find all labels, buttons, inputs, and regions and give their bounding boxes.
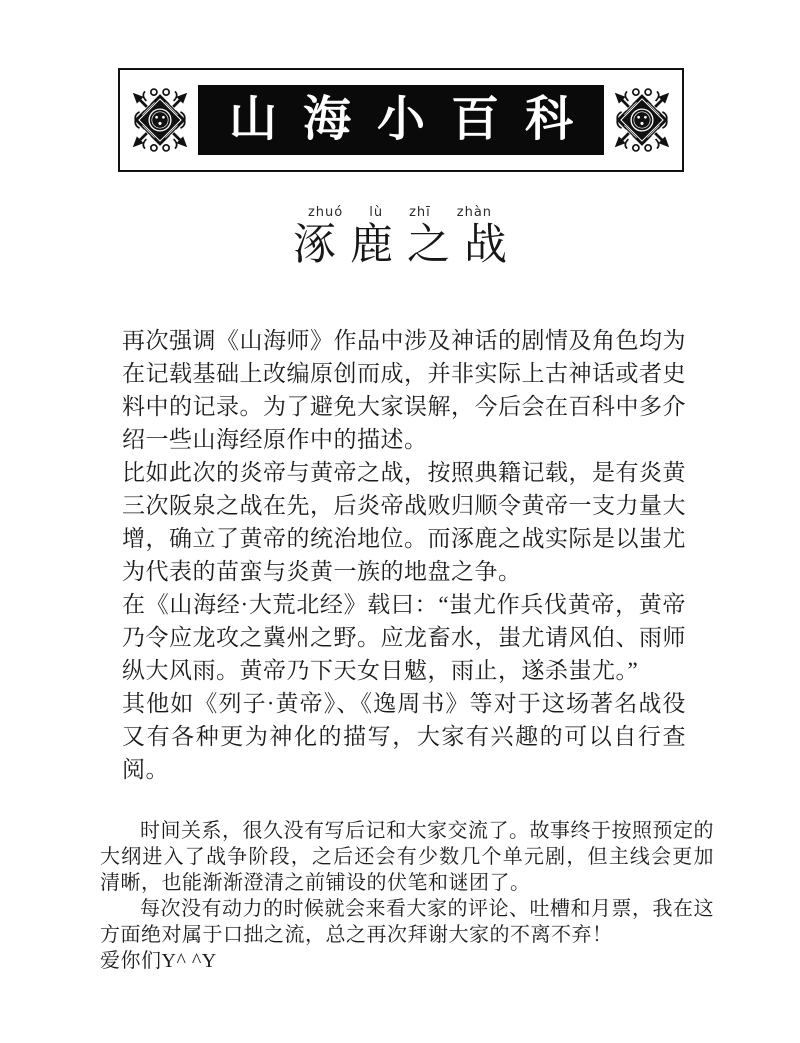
pinyin-syllable: lù [369,205,383,220]
pinyin-syllable: zhuó [308,205,343,220]
floral-diamond-ornament-icon [608,84,676,156]
paragraph: 比如此次的炎帝与黄帝之战，按照典籍记载，是有炎黄三次阪泉之战在先，后炎帝战败归顺… [122,456,686,588]
paragraph: 在《山海经·大荒北经》载曰：“蚩尤作兵伐黄帝，黄帝乃令应龙攻之冀州之野。应龙畜水… [122,588,686,687]
afterword: 时间关系，很久没有写后记和大家交流了。故事终于按照预定的大纲进入了战争阶段，之后… [100,818,714,974]
paragraph: 再次强调《山海师》作品中涉及神话的剧情及角色均为在记载基础上改编原创而成，并非实… [122,324,686,456]
banner: 山海小百科 [118,68,684,172]
article-body: 再次强调《山海师》作品中涉及神话的剧情及角色均为在记载基础上改编原创而成，并非实… [122,324,686,786]
signoff: 爱你们Y^ ^Y [100,948,714,974]
title-section: zhuó lù zhī zhàn 涿鹿之战 [0,205,800,269]
floral-diamond-ornament-icon [126,84,194,156]
banner-title: 山海小百科 [203,96,599,144]
pinyin-syllable: zhī [409,205,431,220]
encyclopedia-page: 山海小百科 [0,0,800,1043]
afterword-paragraph: 时间关系，很久没有写后记和大家交流了。故事终于按照预定的大纲进入了战争阶段，之后… [100,818,714,896]
pinyin-syllable: zhàn [457,205,492,220]
article-title: 涿鹿之战 [0,223,800,269]
afterword-paragraph: 每次没有动力的时候就会来看大家的评论、吐槽和月票，我在这方面绝对属于口拙之流，总… [100,896,714,948]
banner-title-plate: 山海小百科 [198,85,604,155]
paragraph: 其他如《列子·黄帝》、《逸周书》等对于这场著名战役又有各种更为神化的描写，大家有… [122,687,686,786]
pinyin-row: zhuó lù zhī zhàn [0,205,800,220]
